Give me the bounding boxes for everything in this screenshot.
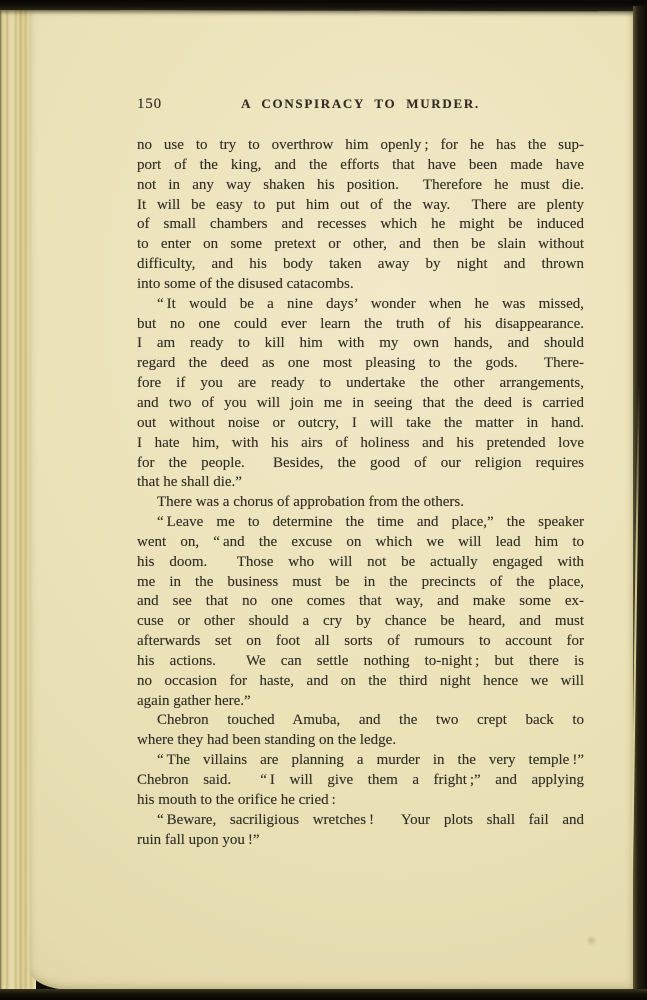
- book-scan: 150 A CONSPIRACY TO MURDER. no use to tr…: [0, 0, 647, 1000]
- paragraph: “ It would be a nine days’ wonder when h…: [137, 295, 584, 493]
- text-line: afterwards set on foot all sorts of rumo…: [137, 632, 584, 652]
- text-line: into some of the disused catacombs.: [137, 275, 584, 295]
- text-line: ruin fall upon you !”: [137, 831, 584, 851]
- text-line: cuse or other should a cry by chance be …: [137, 612, 584, 632]
- paragraph: Chebron touched Amuba, and the two crept…: [137, 711, 584, 751]
- page-body: no use to try to overthrow him openly ; …: [137, 136, 584, 850]
- paper-blemish: [586, 935, 597, 946]
- text-line: regard the deed as one most pleasing to …: [137, 354, 584, 374]
- text-line: out without noise or outcry, I will take…: [137, 414, 584, 434]
- text-line: There was a chorus of approbation from t…: [137, 493, 584, 513]
- page-header: 150 A CONSPIRACY TO MURDER.: [137, 96, 584, 113]
- text-line: no use to try to overthrow him openly ; …: [137, 136, 584, 156]
- paragraph: no use to try to overthrow him openly ; …: [137, 136, 584, 295]
- text-line: not in any way shaken his position. Ther…: [137, 176, 584, 196]
- bottom-shadow-band: [0, 989, 647, 1000]
- running-title: A CONSPIRACY TO MURDER.: [137, 96, 584, 112]
- paragraph: “ Leave me to determine the time and pla…: [137, 513, 584, 711]
- text-line: again gather here.”: [137, 692, 584, 712]
- paragraph: “ Beware, sacriligious wretches ! Your p…: [137, 811, 584, 851]
- text-line: Chebron touched Amuba, and the two crept…: [137, 711, 584, 731]
- text-line: to enter on some pretext or other, and t…: [137, 235, 584, 255]
- text-line: that he shall die.”: [137, 473, 584, 493]
- text-line: of small chambers and recesses which he …: [137, 215, 584, 235]
- paragraph: “ The villains are planning a murder in …: [137, 751, 584, 811]
- text-line: his actions. We can settle nothing to-ni…: [137, 652, 584, 672]
- text-line: no occasion for haste, and on the third …: [137, 672, 584, 692]
- paragraph: There was a chorus of approbation from t…: [137, 493, 584, 513]
- text-line: his mouth to the orifice he cried :: [137, 791, 584, 811]
- text-line: but no one could ever learn the truth of…: [137, 315, 584, 335]
- text-line: went on, “ and the excuse on which we wi…: [137, 533, 584, 553]
- text-line: difficulty, and his body taken away by n…: [137, 255, 584, 275]
- text-line: I hate him, with his airs of holiness an…: [137, 434, 584, 454]
- text-line: his doom. Those who will not be actually…: [137, 553, 584, 573]
- text-line: “ Leave me to determine the time and pla…: [137, 513, 584, 533]
- text-line: Chebron said. “ I will give them a frigh…: [137, 771, 584, 791]
- text-line: port of the king, and the efforts that h…: [137, 156, 584, 176]
- text-line: where they had been standing on the ledg…: [137, 731, 584, 751]
- text-line: and see that no one comes that way, and …: [137, 592, 584, 612]
- text-line: “ Beware, sacriligious wretches ! Your p…: [137, 811, 584, 831]
- text-line: fore if you are ready to undertake the o…: [137, 374, 584, 394]
- text-line: “ The villains are planning a murder in …: [137, 751, 584, 771]
- text-line: I am ready to kill him with my own hands…: [137, 334, 584, 354]
- text-line: me in the business must be in the precin…: [137, 573, 584, 593]
- top-shadow-band: [0, 0, 647, 11]
- text-line: It will be easy to put him out of the wa…: [137, 196, 584, 216]
- text-line: “ It would be a nine days’ wonder when h…: [137, 295, 584, 315]
- page-number: 150: [137, 96, 162, 113]
- page-content: 150 A CONSPIRACY TO MURDER. no use to tr…: [137, 96, 584, 850]
- text-line: for the people. Besides, the good of our…: [137, 454, 584, 474]
- right-shadow-band: [633, 6, 647, 1000]
- text-line: and two of you will join me in seeing th…: [137, 394, 584, 414]
